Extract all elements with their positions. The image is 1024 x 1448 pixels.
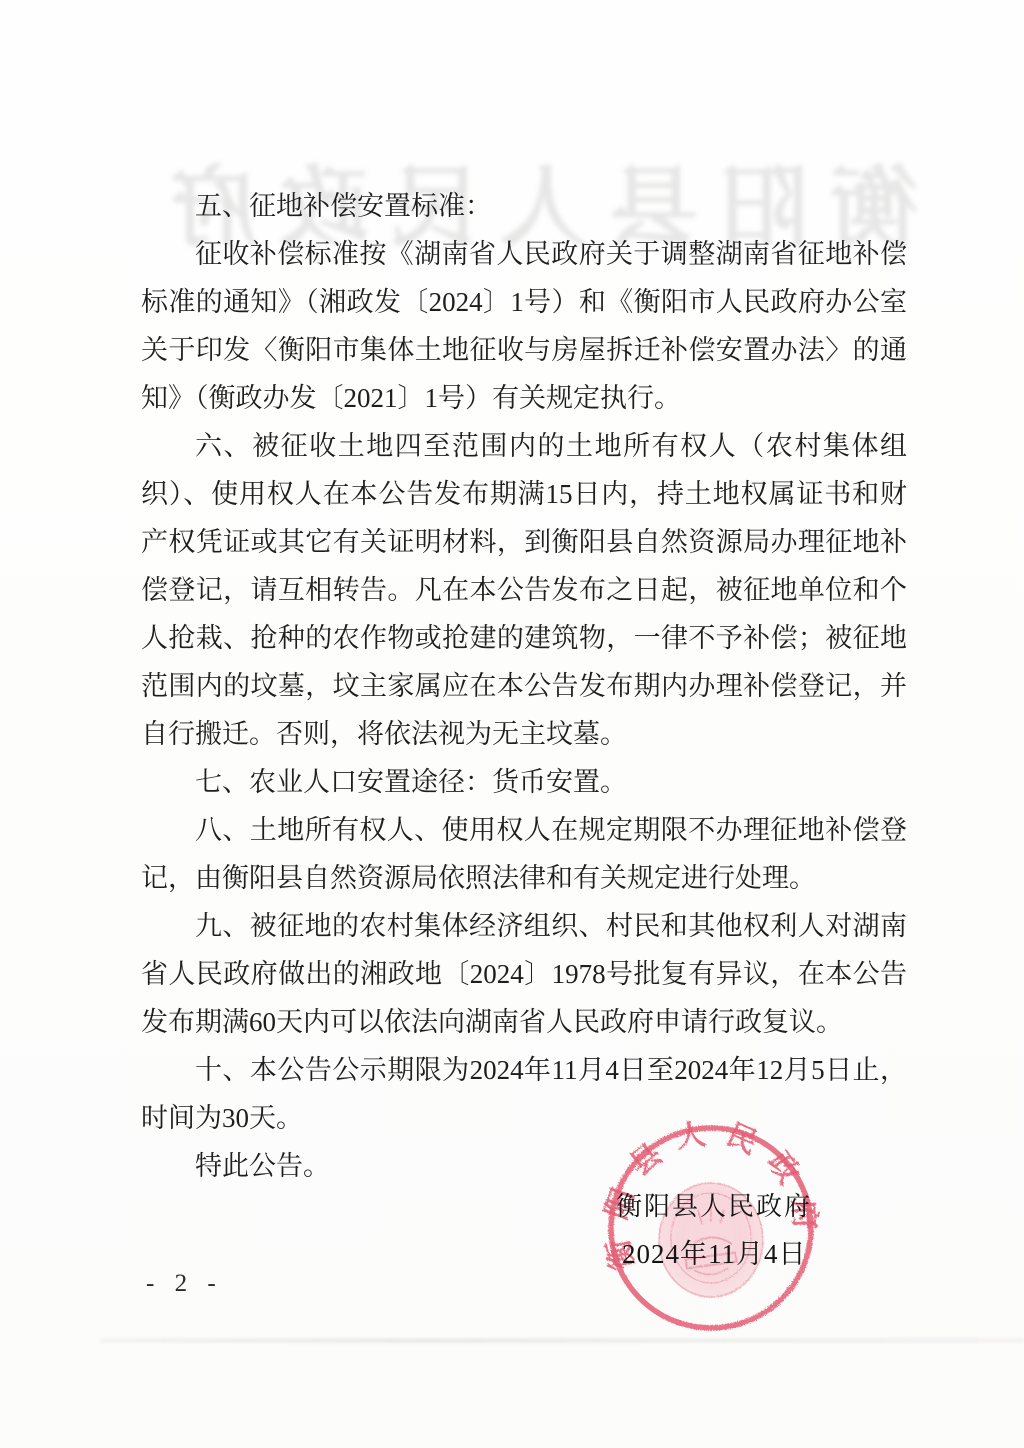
paragraph: 九、被征地的农村集体经济组织、村民和其他权利人对湖南省人民政府做出的湘政地〔20… [141,902,907,1046]
paragraph: 八、土地所有权人、使用权人在规定期限不办理征地补偿登记，由衡阳县自然资源局依照法… [141,806,907,902]
announcement-body: 五、征地补偿安置标准： 征收补偿标准按《湖南省人民政府关于调整湖南省征地补偿标准… [141,182,907,1190]
signature-organization: 衡阳县人民政府 [616,1186,812,1223]
official-seal: 衡阳县人民政府 [602,1118,820,1336]
document-page: 衡阳县人民政府 五、征地补偿安置标准： 征收补偿标准按《湖南省人民政府关于调整湖… [0,0,1024,1448]
paragraph: 六、被征收土地四至范围内的土地所有权人（农村集体组织）、使用权人在本公告发布期满… [141,422,907,758]
paragraph: 五、征地补偿安置标准： [141,182,907,230]
signature-date: 2024年11月4日 [622,1232,807,1271]
page-number: - 2 - [146,1270,223,1298]
paragraph: 征收补偿标准按《湖南省人民政府关于调整湖南省征地补偿标准的通知》（湘政发〔202… [141,230,907,422]
scan-artifact [100,1338,1024,1343]
paragraph: 七、农业人口安置途径：货币安置。 [141,758,907,806]
